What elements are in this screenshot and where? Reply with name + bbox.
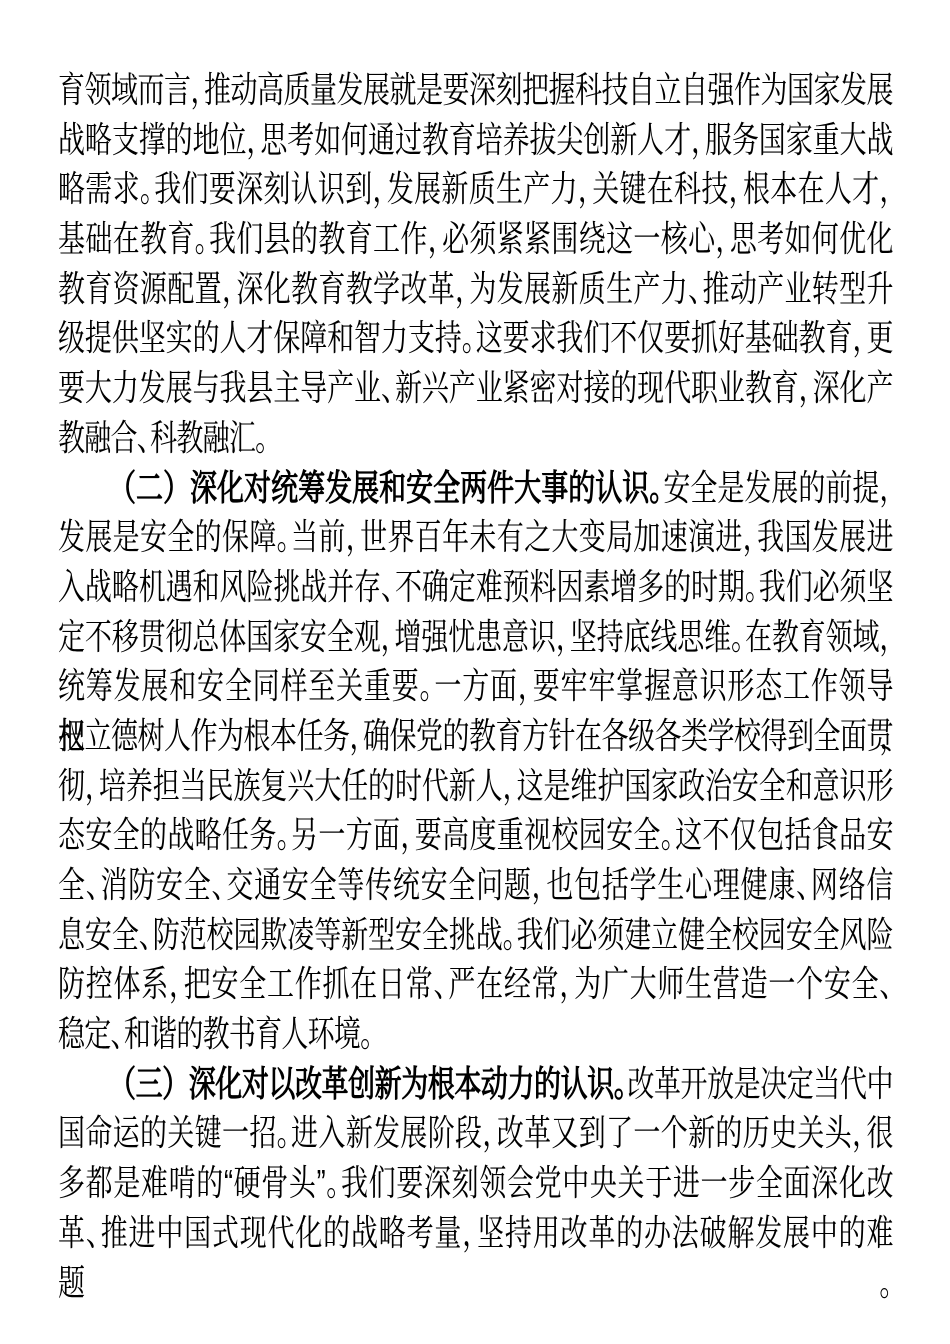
text-line: 息安全、防范校园欺凌等新型安全挑战。我们必须建立健全校园安全风险 (58, 910, 893, 960)
text-line: （二）深化对统筹发展和安全两件大事的认识。安全是发展的前提， (58, 463, 893, 513)
line-text: 定不移贯彻总体国家安全观，增强忧患意识，坚持底线思维。在教育领域， (58, 616, 893, 657)
line-text: 基础在教育。我们县的教育工作，必须紧紧围绕这一核心，思考如何优化 (58, 218, 893, 259)
line-text: 发展是安全的保障。当前，世界百年未有之大变局加速演进，我国发展进 (58, 516, 893, 557)
document-page: 育领域而言，推动高质量发展就是要深刻把握科技自立自强作为国家发展 战略支撑的地位… (0, 0, 950, 1344)
text-line: 革、推进中国式现代化的战略考量，坚持用改革的办法破解发展中的难题。 (58, 1208, 893, 1258)
text-line: 级提供坚实的人才保障和智力支持。这要求我们不仅要抓好基础教育，更 (58, 313, 893, 363)
text-line: 育领域而言，推动高质量发展就是要深刻把握科技自立自强作为国家发展 (58, 65, 893, 115)
line-text: 全、消防安全、交通安全等传统安全问题，也包括学生心理健康、网络信 (58, 864, 893, 905)
text-line: 彻，培养担当民族复兴大任的时代新人，这是维护国家政治安全和意识形 (58, 761, 893, 811)
line-text: 安全是发展的前提， (663, 467, 892, 508)
section-heading: （三）深化对以改革创新为根本动力的认识。 (109, 1063, 627, 1104)
line-text: 级提供坚实的人才保障和智力支持。这要求我们不仅要抓好基础教育，更 (58, 317, 893, 358)
line-text: 把立德树人作为根本任务，确保党的教育方针在各级各类学校得到全面贯 (58, 715, 893, 756)
text-line: 全、消防安全、交通安全等传统安全问题，也包括学生心理健康、网络信 (58, 860, 893, 910)
text-line: 把立德树人作为根本任务，确保党的教育方针在各级各类学校得到全面贯 (58, 711, 893, 761)
line-text: 战略支撑的地位，思考如何通过教育培养拔尖创新人才，服务国家重大战 (58, 119, 893, 160)
text-line: 多都是难啃的“硬骨头”。我们要深刻领会党中央关于进一步全面深化改 (58, 1158, 893, 1208)
line-text: 革、推进中国式现代化的战略考量，坚持用改革的办法破解发展中的难题。 (58, 1212, 893, 1303)
line-text: 教融合、科教融汇。 (58, 417, 268, 458)
line-text: 息安全、防范校园欺凌等新型安全挑战。我们必须建立健全校园安全风险 (58, 914, 893, 955)
line-text: 略需求。我们要深刻认识到，发展新质生产力，关键在科技，根本在人才， (58, 168, 893, 209)
text-line: 要大力发展与我县主导产业、新兴产业紧密对接的现代职业教育，深化产 (58, 363, 893, 413)
text-line: 入战略机遇和风险挑战并存、不确定难预料因素增多的时期。我们必须坚 (58, 562, 893, 612)
text-line: 态安全的战略任务。另一方面，要高度重视校园安全。这不仅包括食品安 (58, 810, 893, 860)
text-line: 定不移贯彻总体国家安全观，增强忧患意识，坚持底线思维。在教育领域， (58, 612, 893, 662)
line-text: 多都是难啃的“硬骨头”。我们要深刻领会党中央关于进一步全面深化改 (58, 1162, 893, 1203)
text-line: 战略支撑的地位，思考如何通过教育培养拔尖创新人才，服务国家重大战 (58, 115, 893, 165)
line-text: 入战略机遇和风险挑战并存、不确定难预料因素增多的时期。我们必须坚 (58, 566, 893, 607)
line-text: 教育资源配置，深化教育教学改革，为发展新质生产力、推动产业转型升 (58, 268, 893, 309)
line-text: 稳定、和谐的教书育人环境。 (58, 1013, 373, 1054)
text-line: 发展是安全的保障。当前，世界百年未有之大变局加速演进，我国发展进 (58, 512, 893, 562)
line-text: 彻，培养担当民族复兴大任的时代新人，这是维护国家政治安全和意识形 (58, 765, 893, 806)
text-line: 教融合、科教融汇。 (58, 413, 893, 463)
text-line: 统筹发展和安全同样至关重要。一方面，要牢牢掌握意识形态工作领导权， (58, 661, 893, 711)
line-text: 态安全的战略任务。另一方面，要高度重视校园安全。这不仅包括食品安 (58, 814, 893, 855)
line-text: 国命运的关键一招。进入新发展阶段，改革又到了一个新的历史关头，很 (58, 1112, 893, 1153)
text-line: 防控体系，把安全工作抓在日常、严在经常，为广大师生营造一个安全、 (58, 959, 893, 1009)
line-text: 改革开放是决定当代中 (627, 1063, 892, 1104)
section-heading: （二）深化对统筹发展和安全两件大事的认识。 (109, 467, 663, 508)
text-line: 略需求。我们要深刻认识到，发展新质生产力，关键在科技，根本在人才， (58, 164, 893, 214)
text-line: 基础在教育。我们县的教育工作，必须紧紧围绕这一核心，思考如何优化 (58, 214, 893, 264)
text-line: 教育资源配置，深化教育教学改革，为发展新质生产力、推动产业转型升 (58, 264, 893, 314)
text-line: 国命运的关键一招。进入新发展阶段，改革又到了一个新的历史关头，很 (58, 1108, 893, 1158)
line-text: 育领域而言，推动高质量发展就是要深刻把握科技自立自强作为国家发展 (58, 69, 893, 110)
line-text: 要大力发展与我县主导产业、新兴产业紧密对接的现代职业教育，深化产 (58, 367, 893, 408)
text-line: （三）深化对以改革创新为根本动力的认识。改革开放是决定当代中 (58, 1059, 893, 1109)
text-line: 稳定、和谐的教书育人环境。 (58, 1009, 893, 1059)
line-text: 防控体系，把安全工作抓在日常、严在经常，为广大师生营造一个安全、 (58, 963, 893, 1004)
